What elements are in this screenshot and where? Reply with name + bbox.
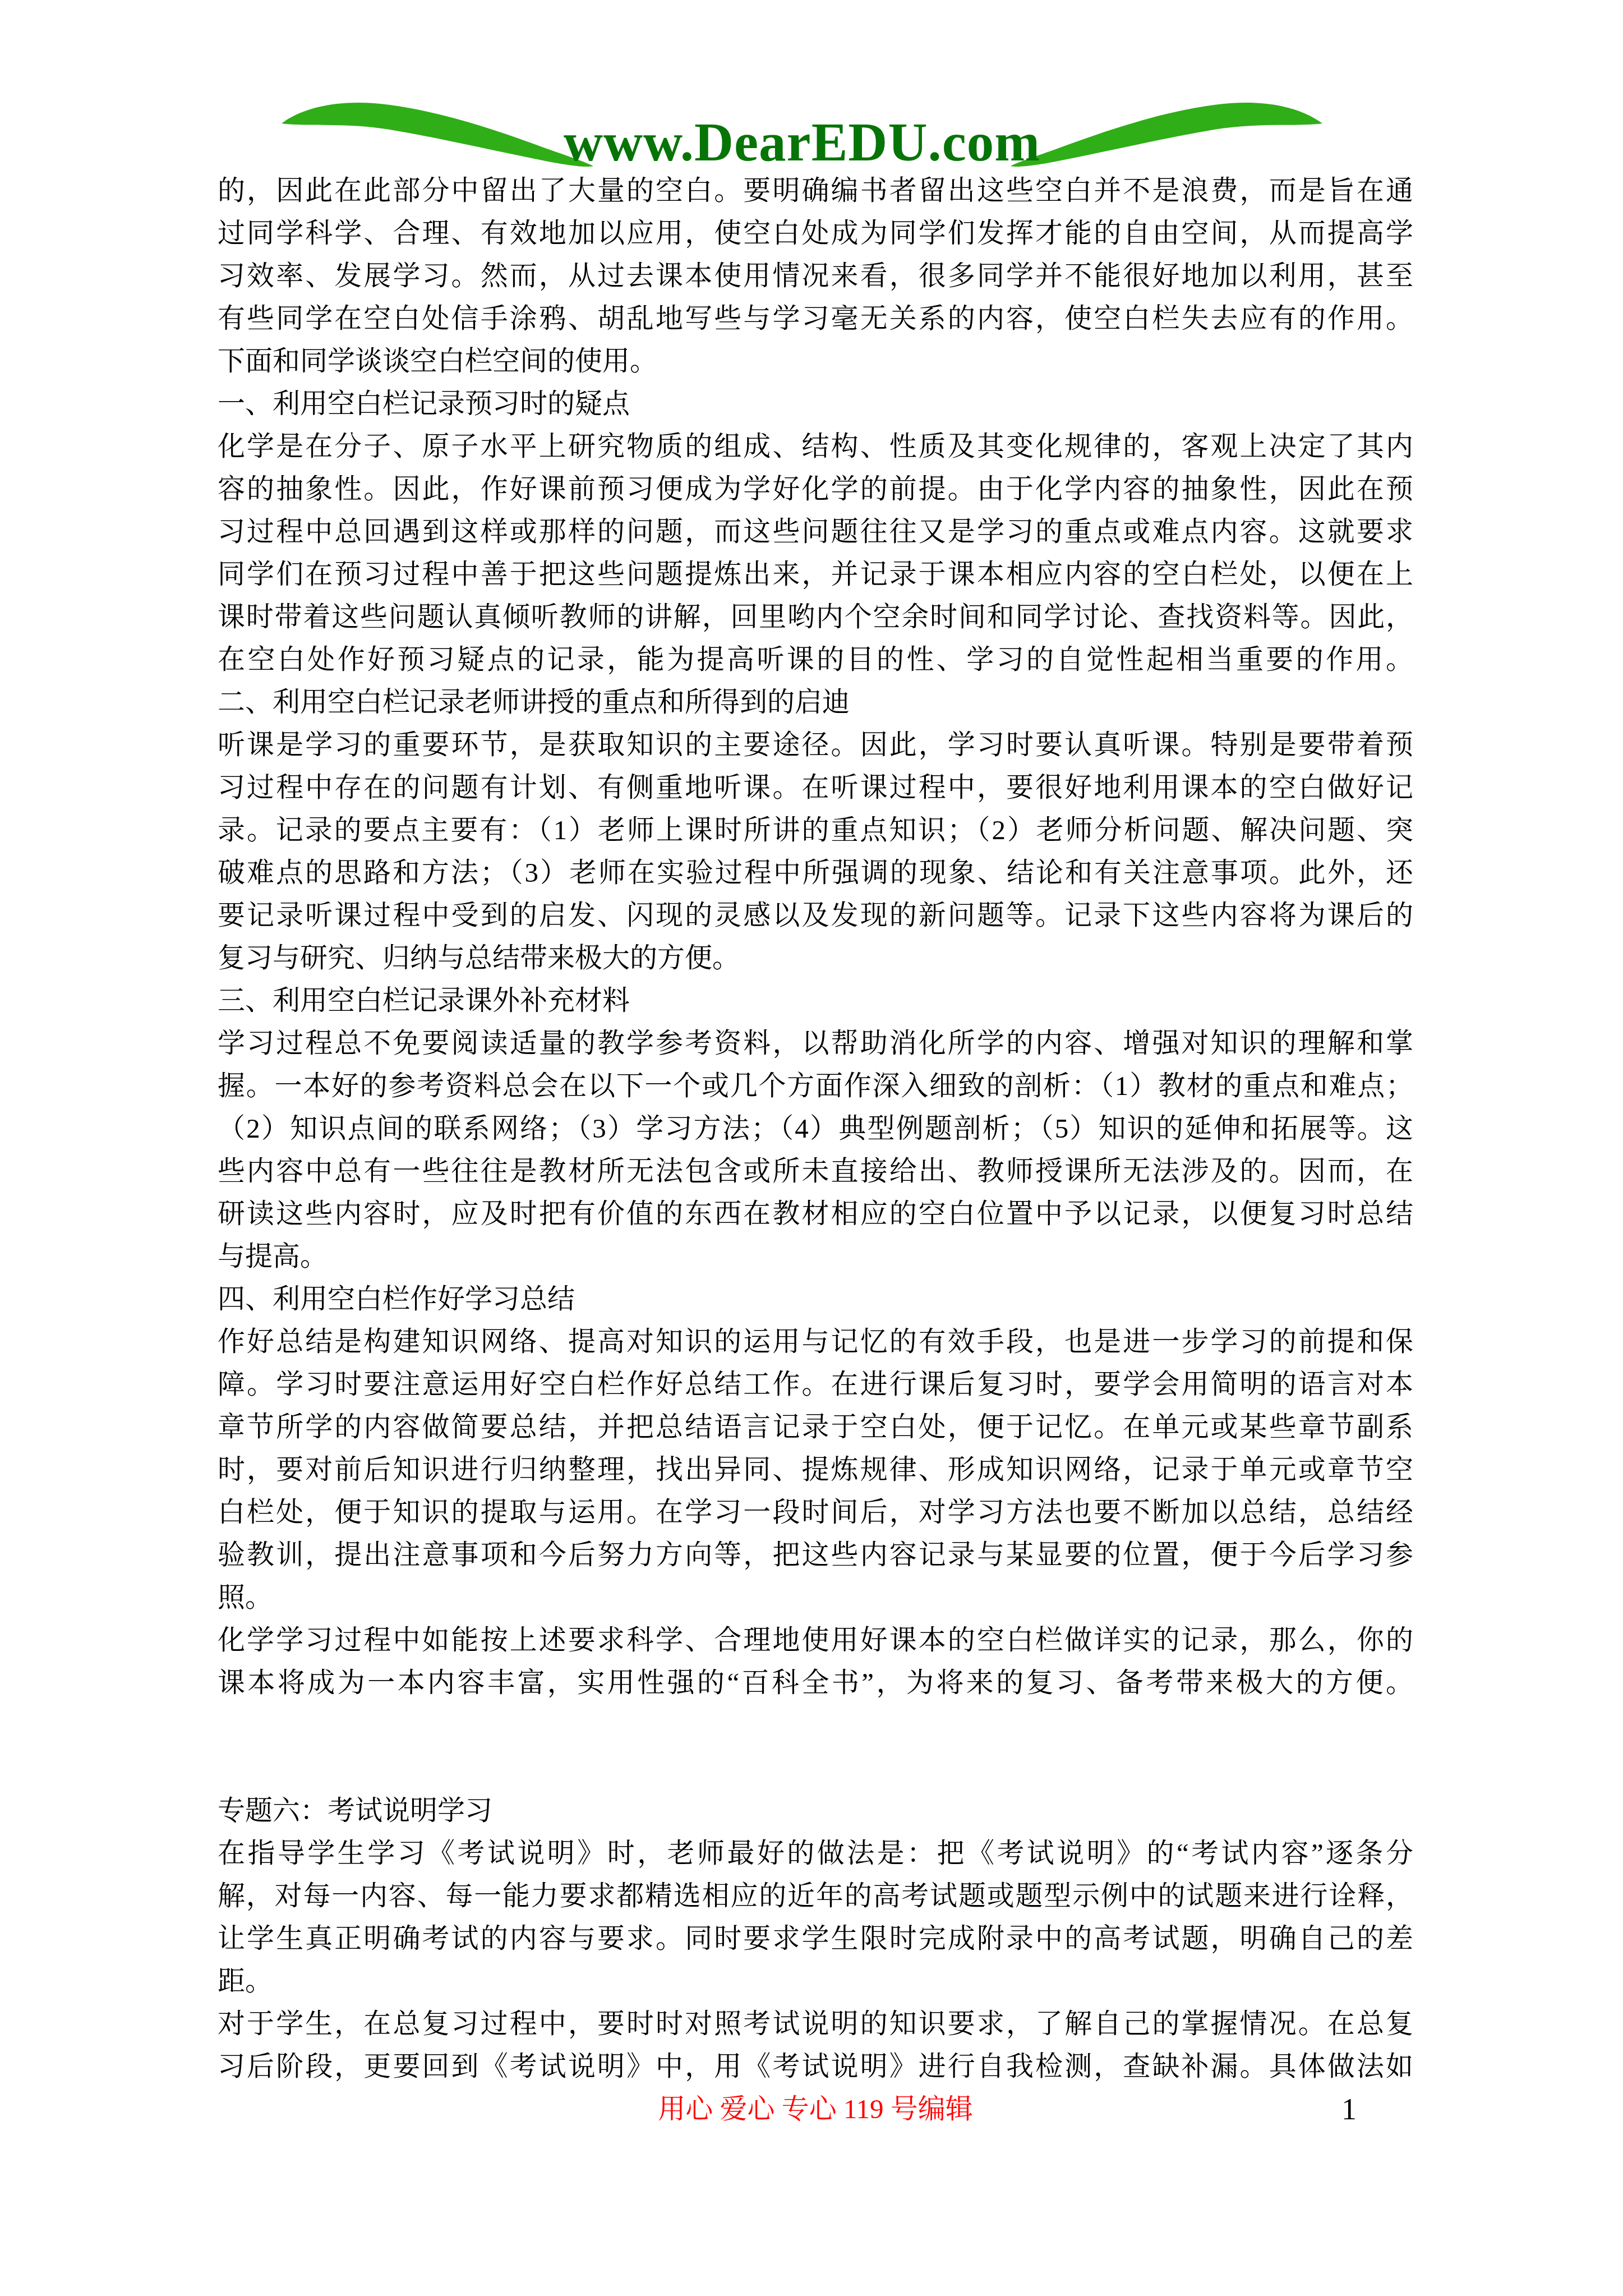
text-line: 些内容中总有一些往往是教材所无法包含或所未直接给出、教师授课所无法涉及的。因而，… <box>218 1150 1413 1193</box>
text-line: 习过程中总回遇到这样或那样的问题，而这些问题往往又是学习的重点或难点内容。这就要… <box>218 510 1413 553</box>
text-line: 对于学生，在总复习过程中，要时时对照考试说明的知识要求，了解自己的掌握情况。在总… <box>218 2003 1413 2045</box>
logo-left-swoosh-shape <box>282 103 593 167</box>
text-line: 白栏处，便于知识的提取与运用。在学习一段时间后，对学习方法也要不断加以总结，总结… <box>218 1491 1413 1534</box>
text-line: 复习与研究、归纳与总结带来极大的方便。 <box>218 937 1413 979</box>
text-line: 下面和同学谈谈空白栏空间的使用。 <box>218 340 1413 383</box>
text-line: 录。记录的要点主要有：（1）老师上课时所讲的重点知识；（2）老师分析问题、解决问… <box>218 809 1413 852</box>
text-line: 验教训，提出注意事项和今后努力方向等，把这些内容记录与某显要的位置，便于今后学习… <box>218 1534 1413 1576</box>
text-line: 解，对每一内容、每一能力要求都精选相应的近年的高考试题或题型示例中的试题来进行诠… <box>218 1875 1413 1917</box>
text-line: 化学学习过程中如能按上述要求科学、合理地使用好课本的空白栏做详实的记录，那么，你… <box>218 1619 1413 1662</box>
blank-line <box>218 1704 1413 1747</box>
page-number: 1 <box>1341 2088 1357 2131</box>
text-line: 握。一本好的参考资料总会在以下一个或几个方面作深入细致的剖析：（1）教材的重点和… <box>218 1065 1413 1107</box>
blank-line <box>218 1747 1413 1789</box>
text-line: 习效率、发展学习。然而，从过去课本使用情况来看，很多同学并不能很好地加以利用，甚… <box>218 255 1413 297</box>
text-line: 在空白处作好预习疑点的记录，能为提高听课的目的性、学习的自觉性起相当重要的作用。 <box>218 638 1413 681</box>
dearedu-logo: www.DearEDU.com <box>280 94 1324 178</box>
text-line: 让学生真正明确考试的内容与要求。同时要求学生限时完成附录中的高考试题，明确自己的… <box>218 1917 1413 1960</box>
section-heading: 三、利用空白栏记录课外补充材料 <box>218 979 1413 1022</box>
text-line: 障。学习时要注意运用好空白栏作好总结工作。在进行课后复习时，要学会用简明的语言对… <box>218 1363 1413 1406</box>
text-line: 有些同学在空白处信手涂鸦、胡乱地写些与学习毫无关系的内容，使空白栏失去应有的作用… <box>218 297 1413 340</box>
text-line: 习过程中存在的问题有计划、有侧重地听课。在听课过程中，要很好地利用课本的空白做好… <box>218 766 1413 809</box>
section-heading: 一、利用空白栏记录预习时的疑点 <box>218 383 1413 425</box>
text-line: 在指导学生学习《考试说明》时，老师最好的做法是：把《考试说明》的“考试内容”逐条… <box>218 1832 1413 1875</box>
text-line: 习后阶段，更要回到《考试说明》中，用《考试说明》进行自我检测，查缺补漏。具体做法… <box>218 2045 1413 2088</box>
text-line: 要记录听课过程中受到的启发、闪现的灵感以及发现的新问题等。记录下这些内容将为课后… <box>218 894 1413 937</box>
text-line: （2）知识点间的联系网络；（3）学习方法；（4）典型例题剖析；（5）知识的延伸和… <box>218 1107 1413 1150</box>
text-line: 研读这些内容时，应及时把有价值的东西在教材相应的空白位置中予以记录，以便复习时总… <box>218 1193 1413 1235</box>
section-heading: 二、利用空白栏记录老师讲授的重点和所得到的启迪 <box>218 681 1413 724</box>
text-line: 的，因此在此部分中留出了大量的空白。要明确编书者留出这些空白并不是浪费，而是旨在… <box>218 169 1413 212</box>
text-line: 破难点的思路和方法；（3）老师在实验过程中所强调的现象、结论和有关注意事项。此外… <box>218 852 1413 894</box>
text-line: 距。 <box>218 1960 1413 2003</box>
document-page: www.DearEDU.com 的，因此在此部分中留出了大量的空白。要明确编书者… <box>0 0 1623 2296</box>
document-body: 的，因此在此部分中留出了大量的空白。要明确编书者留出这些空白并不是浪费，而是旨在… <box>218 169 1413 2088</box>
footer-slogan: 用心 爱心 专心 119 号编辑 <box>658 2093 973 2124</box>
text-line: 过同学科学、合理、有效地加以应用，使空白处成为同学们发挥才能的自由空间，从而提高… <box>218 212 1413 255</box>
text-line: 课本将成为一本内容丰富，实用性强的“百科全书”，为将来的复习、备考带来极大的方便… <box>218 1662 1413 1704</box>
dearedu-logo-text: www.DearEDU.com <box>564 112 1040 172</box>
text-line: 照。 <box>218 1576 1413 1619</box>
page-footer: 用心 爱心 专心 119 号编辑 <box>218 2088 1413 2131</box>
text-line: 作好总结是构建知识网络、提高对知识的运用与记忆的有效手段，也是进一步学习的前提和… <box>218 1320 1413 1363</box>
text-line: 时，要对前后知识进行归纳整理，找出异同、提炼规律、形成知识网络，记录于单元或章节… <box>218 1448 1413 1491</box>
section-heading: 专题六：考试说明学习 <box>218 1789 1413 1832</box>
logo-right-swoosh-shape <box>1011 103 1322 167</box>
section-heading: 四、利用空白栏作好学习总结 <box>218 1278 1413 1320</box>
text-line: 章节所学的内容做简要总结，并把总结语言记录于空白处，便于记忆。在单元或某些章节副… <box>218 1406 1413 1448</box>
text-line: 化学是在分子、原子水平上研究物质的组成、结构、性质及其变化规律的，客观上决定了其… <box>218 425 1413 468</box>
text-line: 同学们在预习过程中善于把这些问题提炼出来，并记录于课本相应内容的空白栏处，以便在… <box>218 553 1413 596</box>
text-line: 学习过程总不免要阅读适量的教学参考资料，以帮助消化所学的内容、增强对知识的理解和… <box>218 1022 1413 1065</box>
text-line: 课时带着这些问题认真倾听教师的讲解，回里哟内个空余时间和同学讨论、查找资料等。因… <box>218 596 1413 638</box>
text-line: 听课是学习的重要环节，是获取知识的主要途径。因此，学习时要认真听课。特别是要带着… <box>218 724 1413 766</box>
text-line: 与提高。 <box>218 1235 1413 1278</box>
text-line: 容的抽象性。因此，作好课前预习便成为学好化学的前提。由于化学内容的抽象性，因此在… <box>218 468 1413 510</box>
